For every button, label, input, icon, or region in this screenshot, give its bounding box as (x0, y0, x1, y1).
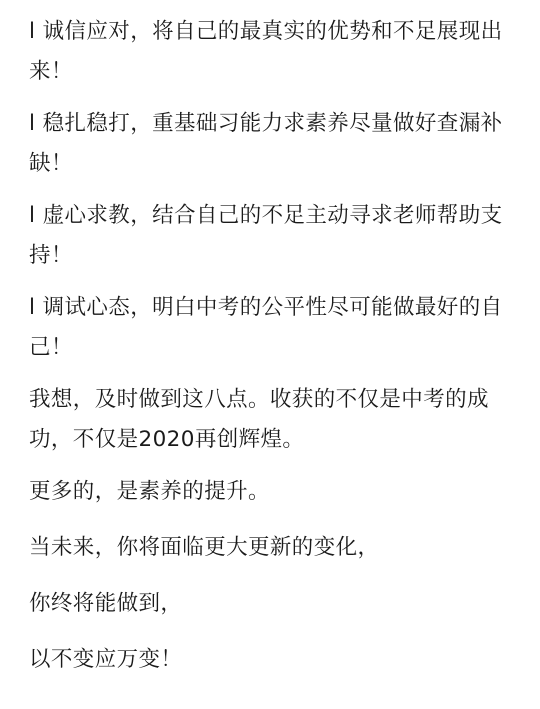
paragraph-humble: l 虚心求教，结合自己的不足主动寻求老师帮助支持！ (29, 196, 515, 276)
paragraph-eight-points: 我想，及时做到这八点。收获的不仅是中考的成功，不仅是2020再创辉煌。 (29, 380, 515, 460)
paragraph-you-can: 你终将能做到， (29, 584, 515, 624)
paragraph-mindset: l 调试心态，明白中考的公平性尽可能做最好的自己！ (29, 288, 515, 368)
paragraph-future: 当未来，你将面临更大更新的变化， (29, 528, 515, 568)
paragraph-closing: 以不变应万变！ (29, 640, 515, 680)
paragraph-integrity: l 诚信应对，将自己的最真实的优势和不足展现出来！ (29, 12, 515, 92)
article-body: l 诚信应对，将自己的最真实的优势和不足展现出来！ l 稳扎稳打，重基础习能力求… (29, 12, 515, 696)
paragraph-steady: l 稳扎稳打，重基础习能力求素养尽量做好查漏补缺！ (29, 104, 515, 184)
paragraph-literacy: 更多的，是素养的提升。 (29, 472, 515, 512)
